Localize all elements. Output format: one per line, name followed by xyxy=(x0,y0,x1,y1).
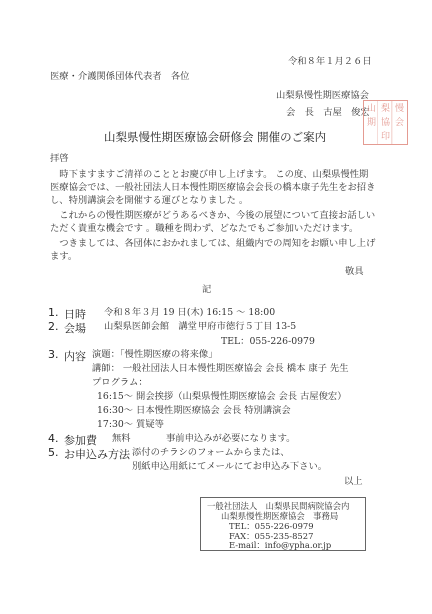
body-line: ただく貴重な機会です 。職種を問わず、どなたでもご参加いただけます。 xyxy=(50,223,358,235)
document-date: 令和８年１月２６日 xyxy=(288,56,372,68)
closing: 敬具 xyxy=(345,266,364,278)
lecture-speaker: 講師： 一般社団法人日本慢性期医療協会 会長 橋本 康子 先生 xyxy=(92,363,349,375)
program-item: 17:30～ 質疑等 xyxy=(97,419,164,431)
item-1-number: 1. xyxy=(48,306,59,319)
sender-name: 会 長 古屋 俊宏 xyxy=(286,107,370,119)
item-4-number: 4. xyxy=(48,432,59,445)
body-line: 医療協会では、一般社団法人日本慢性期医療協会会長の橋本康子先生をお招き xyxy=(50,182,375,194)
body-line: ます。 xyxy=(50,251,77,263)
fee-note: 事前申込みが必要になります。 xyxy=(166,433,295,445)
contact-org: 一般社団法人 山梨県民間病院協会内 xyxy=(207,501,349,511)
body-line: し、特別講演会を開催する運びとなりました 。 xyxy=(50,195,248,207)
venue-tel: TEL：055-226-0979 xyxy=(221,336,315,348)
contact-box: 一般社団法人 山梨県民間病院協会内 山梨県慢性期医療協会 事務局 TEL：055… xyxy=(200,497,366,551)
venue-address: 甲府市徳行５丁目 13-5 xyxy=(198,321,296,333)
body-line: これからの慢性期医療がどうあるべきか、今後の展望について直接お話しい xyxy=(50,210,375,222)
contact-tel: TEL：055-226-0979 xyxy=(229,521,314,531)
item-5-label: お申込み方法 xyxy=(64,446,130,462)
application-method-line: 別紙申込用紙にてメールにてお申込み下さい。 xyxy=(132,461,327,473)
contact-office: 山梨県慢性期医療協会 事務局 xyxy=(221,511,338,521)
item-1-value: 令和８年３月 19 日(木) 16:15 ～ 18:00 xyxy=(104,307,275,319)
item-2-number: 2. xyxy=(48,320,59,333)
item-3-label: 内容 xyxy=(64,348,86,364)
document-title: 山梨県慢性期医療協会研修会 開催のご案内 xyxy=(104,129,326,145)
end-mark: 以上 xyxy=(344,476,363,488)
application-method-line: 添付のチラシのフォームからまたは、 xyxy=(132,447,290,459)
item-2-label: 会場 xyxy=(64,320,86,336)
item-5-number: 5. xyxy=(48,446,59,459)
ki-heading: 記 xyxy=(202,284,211,296)
program-label: プログラム： xyxy=(92,377,148,389)
program-item: 16:15～ 開会挨拶（山梨県慢性期医療協会 会長 古屋俊宏） xyxy=(97,391,347,403)
item-3-number: 3. xyxy=(48,348,59,361)
contact-email[interactable]: E-mail：info@ypha.or.jp xyxy=(229,540,331,550)
venue-name: 山梨県医師会館 講堂 xyxy=(104,321,197,333)
salutation: 拝啓 xyxy=(50,153,69,165)
fee-value: 無料 xyxy=(112,433,131,445)
program-item: 16:30～ 日本慢性期医療協会 会長 特別講演会 xyxy=(97,405,291,417)
body-line: 時下ますますご清祥のこととお慶び申し上げます。 この度、山梨県慢性期 xyxy=(50,169,368,181)
sender-org: 山梨県慢性期医療協会 xyxy=(276,90,369,102)
lecture-theme: 演題：「慢性期医療の将来像」 xyxy=(92,349,218,361)
seal-stamp: 山 梨 慢 期 協 会 印 xyxy=(363,100,408,145)
addressee: 医療・介護関係団体代表者 各位 xyxy=(50,71,189,83)
body-line: つきましては、各団体におかれましては、組織内での周知をお願い申し上げ xyxy=(50,238,375,250)
